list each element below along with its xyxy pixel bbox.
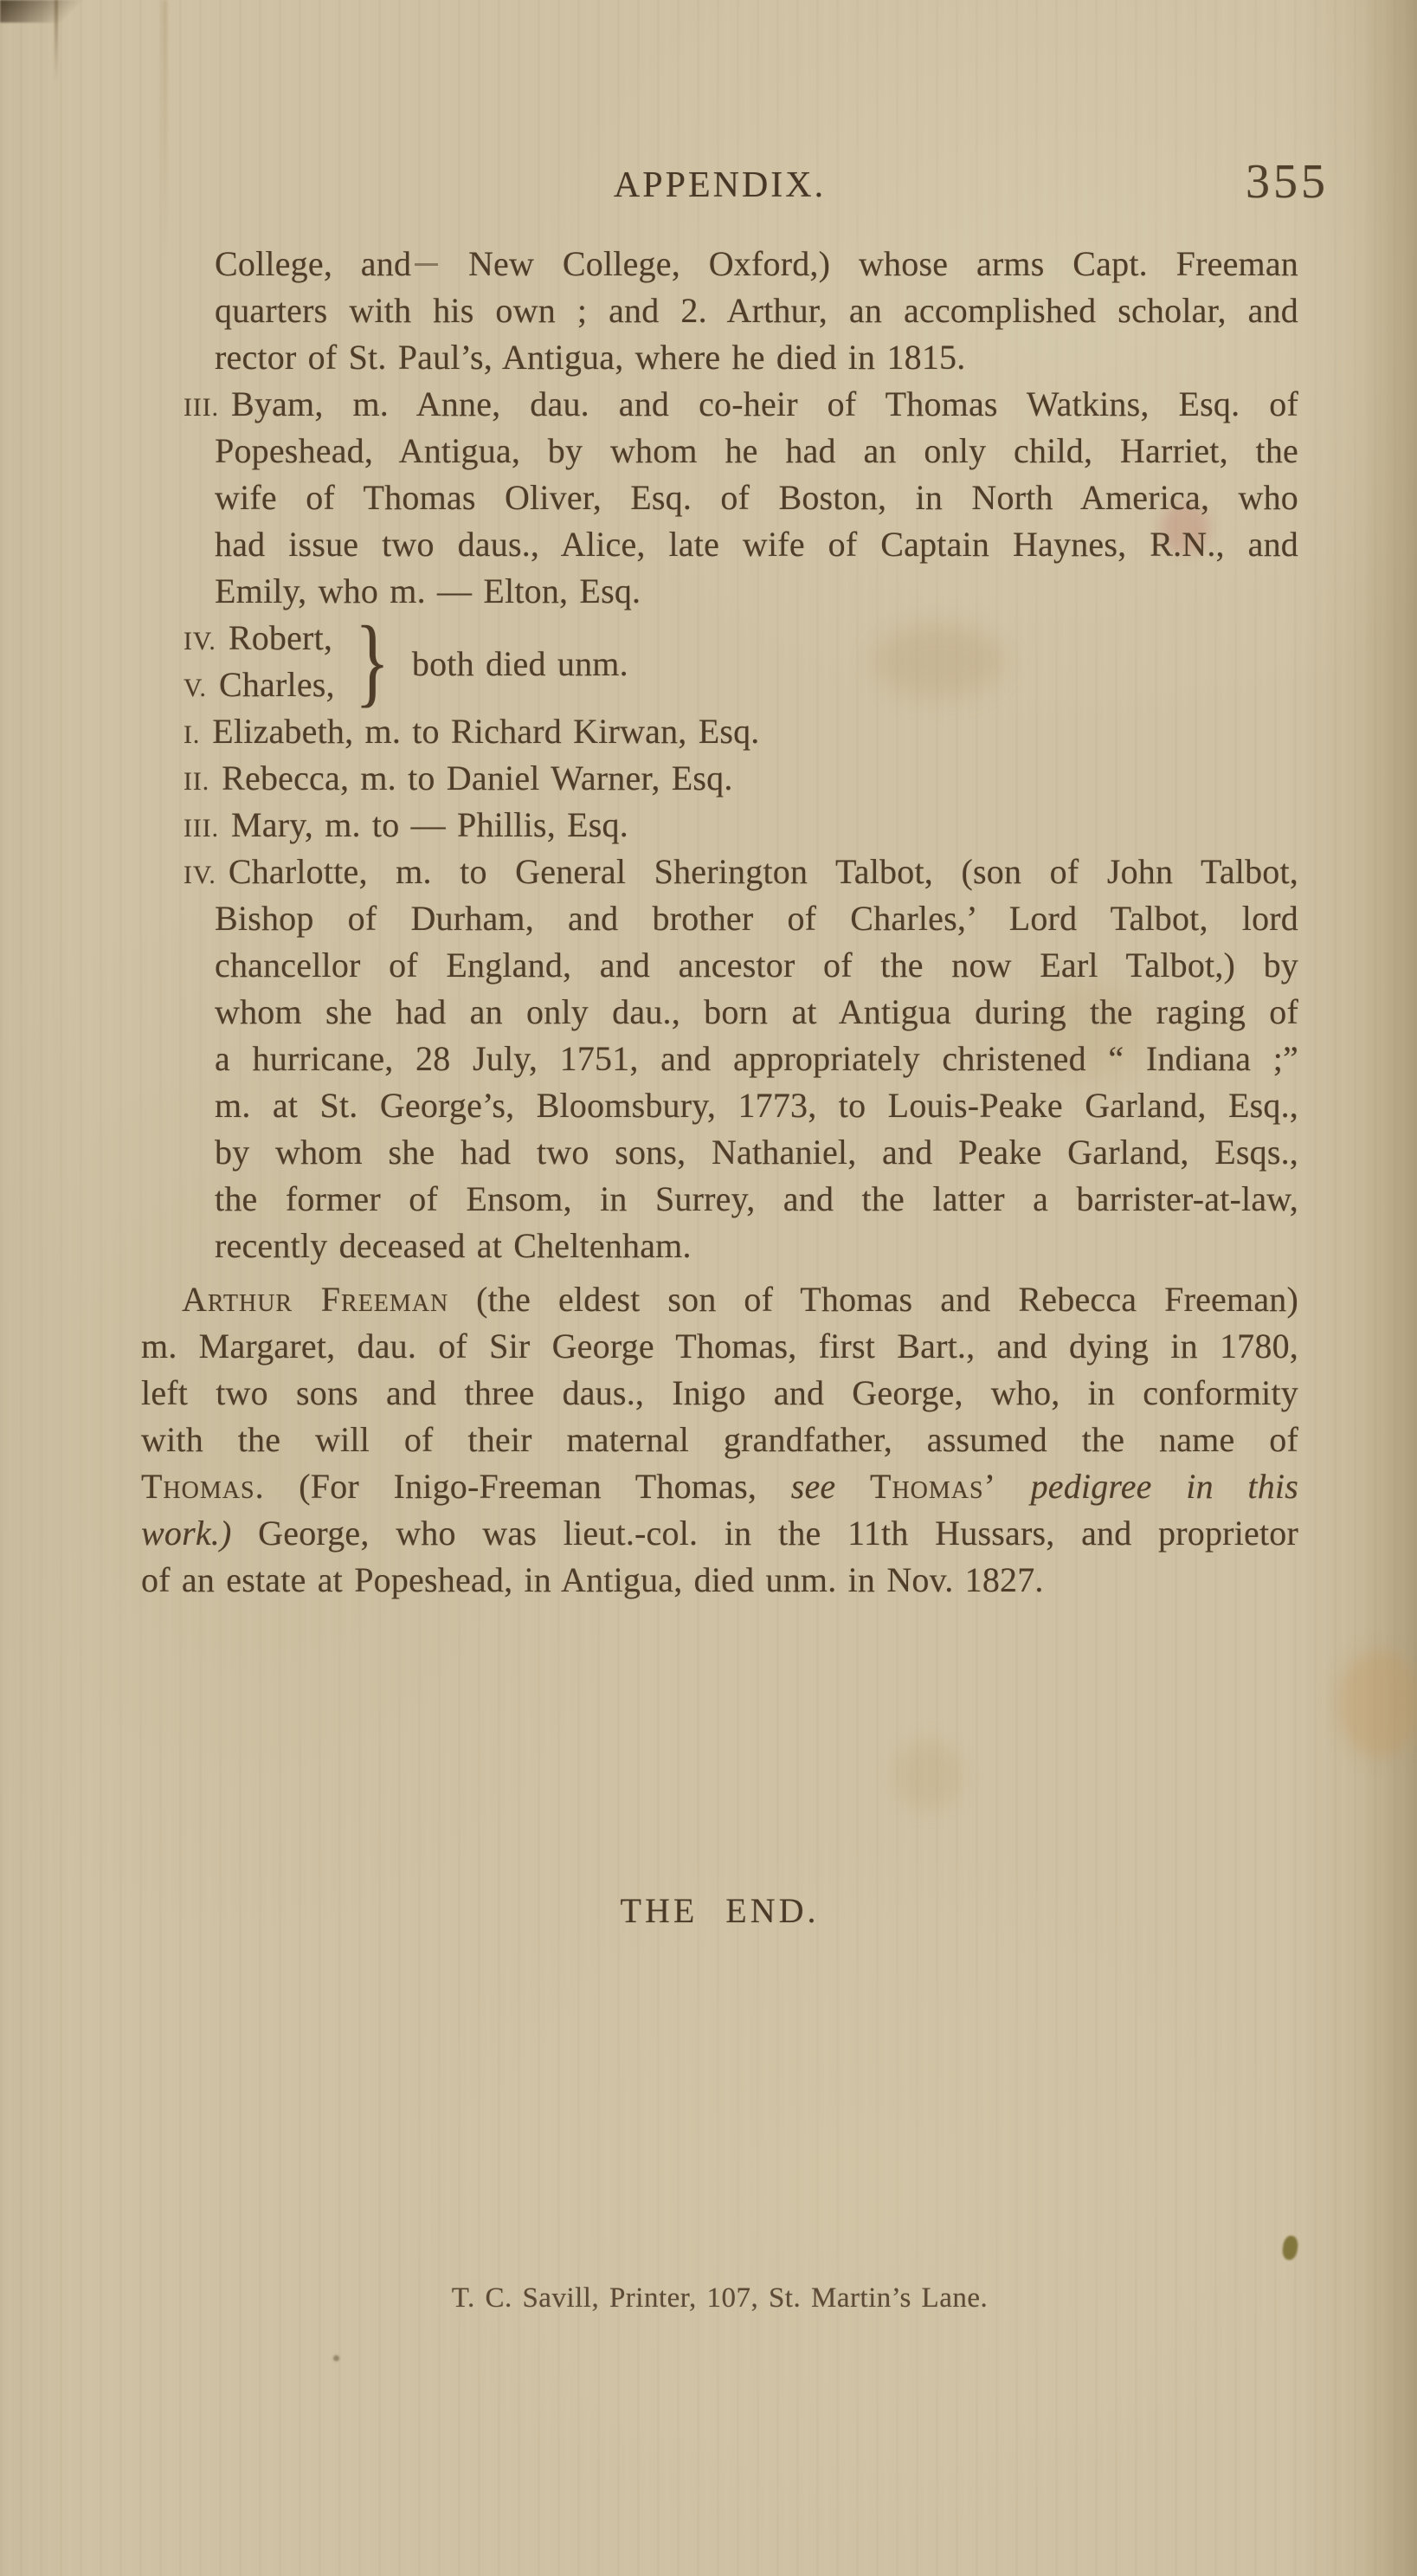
text-line: Bishop of Durham, and brother of Charles…: [215, 895, 1298, 942]
text-line: whom she had an only dau., born at Antig…: [215, 989, 1298, 1036]
the-end-label: THE END.: [141, 1890, 1298, 1931]
right-brace-glyph: }: [355, 617, 390, 707]
text-line: IV.Charlotte, m. to General Sherington T…: [184, 849, 1298, 895]
paper-stain: [896, 1740, 961, 1810]
text-line: Thomas. (For Inigo-Freeman Thomas, see T…: [141, 1463, 1298, 1510]
text-line: had issue two daus., Alice, late wife of…: [215, 521, 1298, 568]
text-line: rector of St. Paul’s, Antigua, where he …: [215, 334, 1298, 381]
text-line: Arthur Freeman (the eldest son of Thomas…: [182, 1276, 1298, 1323]
text-line: V.Charles,: [184, 662, 355, 708]
ink-speck: [1281, 2235, 1299, 2261]
text-line: m. at St. George’s, Bloomsbury, 1773, to…: [215, 1082, 1298, 1129]
text-line: the former of Ensom, in Surrey, and the …: [215, 1176, 1298, 1223]
paper-stain: [1337, 1650, 1417, 1758]
printer-imprint: T. C. Savill, Printer, 107, St. Martin’s…: [141, 2282, 1298, 2315]
text-line: wife of Thomas Oliver, Esq. of Boston, i…: [215, 475, 1298, 521]
text-line: quarters with his own ; and 2. Arthur, a…: [215, 287, 1298, 334]
text-line: recently deceased at Cheltenham.: [215, 1223, 1298, 1269]
text-line: m. Margaret, dau. of Sir George Thomas, …: [141, 1323, 1298, 1370]
page-body: College, and New College, Oxford,) whose…: [0, 241, 1417, 1604]
ink-speck: [333, 2355, 339, 2361]
text-line: I.Elizabeth, m. to Richard Kirwan, Esq.: [184, 708, 1298, 755]
paper-crease: [163, 0, 167, 260]
text-line: with the will of their maternal grandfat…: [141, 1417, 1298, 1463]
text-line: IV.Robert,: [184, 615, 355, 662]
text-line: Popeshead, Antigua, by whom he had an on…: [215, 428, 1298, 475]
text-line: III.Byam, m. Anne, dau. and co-heir of T…: [184, 381, 1298, 428]
page-corner-shadow: [0, 0, 83, 23]
paper-crease: [55, 0, 58, 82]
text-line: a hurricane, 28 July, 1751, and appropri…: [215, 1036, 1298, 1082]
book-page-scan: APPENDIX. 355 College, and New College, …: [0, 0, 1417, 2576]
text-line: work.) George, who was lieut.-col. in th…: [141, 1510, 1298, 1557]
brace-group: IV.Robert,V.Charles,}both died unm.: [184, 615, 1417, 708]
text-line: III.Mary, m. to — Phillis, Esq.: [184, 802, 1298, 849]
text-line: II.Rebecca, m. to Daniel Warner, Esq.: [184, 755, 1298, 802]
text-line: left two sons and three daus., Inigo and…: [141, 1370, 1298, 1417]
running-head-title: APPENDIX.: [141, 165, 1298, 206]
page-number: 355: [1246, 154, 1329, 210]
text-line: of an estate at Popeshead, in Antigua, d…: [141, 1557, 1298, 1604]
text-line: College, and New College, Oxford,) whose…: [215, 241, 1298, 287]
text-line: by whom she had two sons, Nathaniel, and…: [215, 1129, 1298, 1176]
text-line: chancellor of England, and ancestor of t…: [215, 942, 1298, 989]
brace-note: both died unm.: [412, 636, 628, 688]
